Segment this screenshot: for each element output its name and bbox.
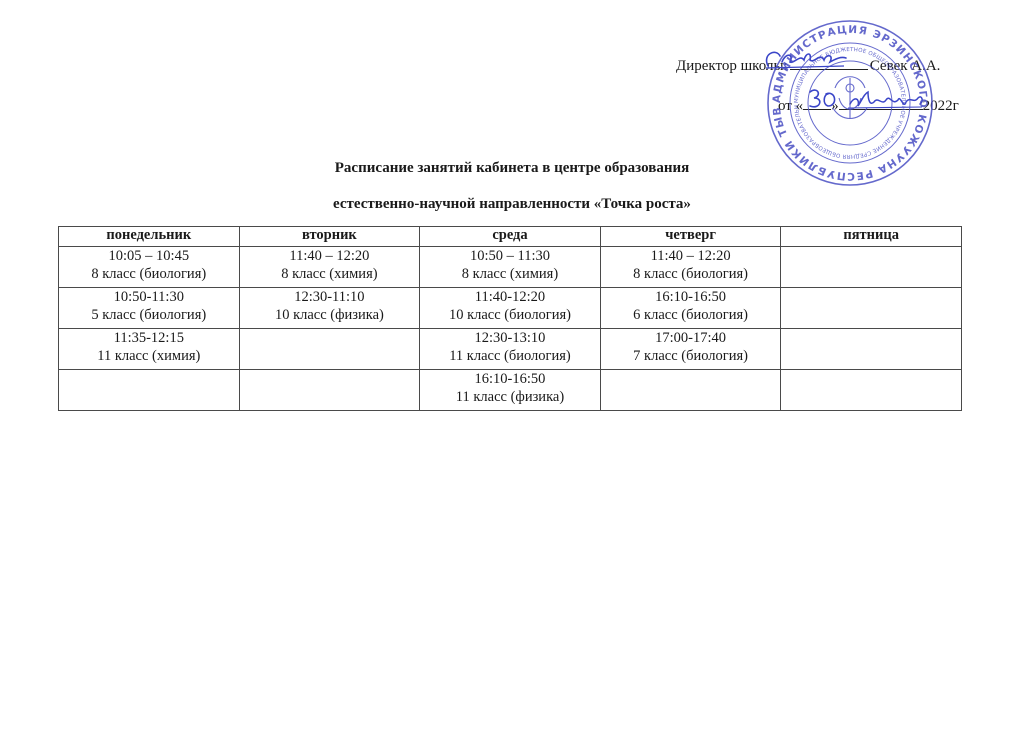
stamp-inner-text: МУНИЦИПАЛЬНОЕ БЮДЖЕТНОЕ ОБЩЕОБРАЗОВАТЕЛЬ… xyxy=(765,18,906,159)
lesson-class: 10 класс (биология) xyxy=(420,306,600,324)
day-field xyxy=(803,95,831,110)
lesson-cell-wednesday: 11:40-12:2010 класс (биология) xyxy=(420,288,601,329)
approval-signature-line: Директор школы:Севек А.А. xyxy=(676,55,940,74)
approval-date-line: от «»2022г xyxy=(778,95,959,115)
lesson-cell-monday: 11:35-12:1511 класс (химия) xyxy=(59,329,240,370)
lesson-time: 16:10-16:50 xyxy=(420,370,600,388)
lesson-cell-friday xyxy=(781,288,962,329)
header-thursday: четверг xyxy=(600,227,781,247)
lesson-cell-thursday xyxy=(600,370,781,411)
lesson-time: 11:40 – 12:20 xyxy=(240,247,420,265)
lesson-cell-friday xyxy=(781,247,962,288)
date-day-suffix: » xyxy=(831,98,839,114)
lesson-class: 6 класс (биология) xyxy=(601,306,781,324)
lesson-time: 12:30-13:10 xyxy=(420,329,600,347)
lesson-time: 12:30-11:10 xyxy=(240,288,420,306)
page-title-line-2: естественно-научной направленности «Точк… xyxy=(0,196,1024,213)
lesson-cell-monday: 10:50-11:305 класс (биология) xyxy=(59,288,240,329)
lesson-class: 7 класс (биология) xyxy=(601,347,781,365)
lesson-cell-monday xyxy=(59,370,240,411)
director-name: Севек А.А. xyxy=(870,58,941,74)
lesson-cell-tuesday: 11:40 – 12:208 класс (химия) xyxy=(239,247,420,288)
table-row: 16:10-16:5011 класс (физика) xyxy=(59,370,962,411)
page-title-line-1: Расписание занятий кабинета в центре обр… xyxy=(0,160,1024,177)
lesson-time: 17:00-17:40 xyxy=(601,329,781,347)
lesson-time: 11:40-12:20 xyxy=(420,288,600,306)
date-year: 2022г xyxy=(923,98,959,114)
lesson-class: 8 класс (биология) xyxy=(59,265,239,283)
table-row: 10:50-11:305 класс (биология)12:30-11:10… xyxy=(59,288,962,329)
table-header-row: понедельник вторник среда четверг пятниц… xyxy=(59,227,962,247)
lesson-time: 10:05 – 10:45 xyxy=(59,247,239,265)
table-row: 11:35-12:1511 класс (химия)12:30-13:1011… xyxy=(59,329,962,370)
lesson-class: 10 класс (физика) xyxy=(240,306,420,324)
lesson-cell-tuesday: 12:30-11:1010 класс (физика) xyxy=(239,288,420,329)
lesson-class: 5 класс (биология) xyxy=(59,306,239,324)
lesson-time: 11:35-12:15 xyxy=(59,329,239,347)
table-row: 10:05 – 10:458 класс (биология)11:40 – 1… xyxy=(59,247,962,288)
header-wednesday: среда xyxy=(420,227,601,247)
lesson-time: 11:40 – 12:20 xyxy=(601,247,781,265)
lesson-class: 8 класс (биология) xyxy=(601,265,781,283)
lesson-class: 8 класс (химия) xyxy=(240,265,420,283)
lesson-time: 10:50-11:30 xyxy=(59,288,239,306)
lesson-time: 16:10-16:50 xyxy=(601,288,781,306)
header-friday: пятница xyxy=(781,227,962,247)
lesson-cell-friday xyxy=(781,370,962,411)
lesson-cell-friday xyxy=(781,329,962,370)
lesson-cell-wednesday: 10:50 – 11:308 класс (химия) xyxy=(420,247,601,288)
signature-field xyxy=(790,55,868,70)
date-prefix: от « xyxy=(778,98,803,114)
lesson-cell-monday: 10:05 – 10:458 класс (биология) xyxy=(59,247,240,288)
lesson-time: 10:50 – 11:30 xyxy=(420,247,600,265)
lesson-cell-thursday: 17:00-17:407 класс (биология) xyxy=(600,329,781,370)
lesson-cell-tuesday xyxy=(239,370,420,411)
lesson-class: 8 класс (химия) xyxy=(420,265,600,283)
lesson-cell-thursday: 16:10-16:506 класс (биология) xyxy=(600,288,781,329)
lesson-cell-wednesday: 16:10-16:5011 класс (физика) xyxy=(420,370,601,411)
svg-text:МУНИЦИПАЛЬНОЕ БЮДЖЕТНОЕ ОБЩЕОБ: МУНИЦИПАЛЬНОЕ БЮДЖЕТНОЕ ОБЩЕОБРАЗОВАТЕЛЬ… xyxy=(765,18,906,159)
month-field xyxy=(839,95,923,110)
lesson-cell-wednesday: 12:30-13:1011 класс (биология) xyxy=(420,329,601,370)
lesson-class: 11 класс (физика) xyxy=(420,388,600,406)
lesson-cell-tuesday xyxy=(239,329,420,370)
header-monday: понедельник xyxy=(59,227,240,247)
lesson-class: 11 класс (биология) xyxy=(420,347,600,365)
header-tuesday: вторник xyxy=(239,227,420,247)
lesson-cell-thursday: 11:40 – 12:208 класс (биология) xyxy=(600,247,781,288)
lesson-class: 11 класс (химия) xyxy=(59,347,239,365)
schedule-table: понедельник вторник среда четверг пятниц… xyxy=(58,226,962,411)
director-label: Директор школы: xyxy=(676,58,788,74)
